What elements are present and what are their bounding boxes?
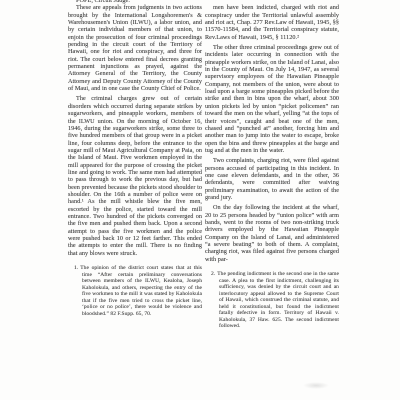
body-paragraph: These are appeals from judgments in two …	[68, 4, 202, 92]
footnote-text: The opinion of the district court states…	[80, 265, 202, 317]
right-column: men have been indicted, charged with rio…	[205, 0, 339, 335]
body-paragraph: The criminal charges grew out of certain…	[68, 92, 202, 257]
left-column: POPE, Circuit Judge. These are appeals f…	[68, 0, 202, 323]
document-page: POPE, Circuit Judge. These are appeals f…	[0, 0, 400, 400]
scan-smudge	[303, 382, 329, 389]
body-paragraph: The other three criminal proceedings gre…	[205, 41, 339, 154]
footnote-1: 1.The opinion of the district court stat…	[74, 265, 202, 317]
body-paragraph: Two complaints, charging riot, were file…	[205, 154, 339, 201]
footnote-text: The pending indictment is the second one…	[217, 271, 339, 329]
footnote-2: 2.The pending indictment is the second o…	[211, 271, 339, 330]
body-paragraph: men have been indicted, charged with rio…	[205, 4, 339, 41]
body-paragraph: On the day following the incident at the…	[205, 201, 339, 263]
